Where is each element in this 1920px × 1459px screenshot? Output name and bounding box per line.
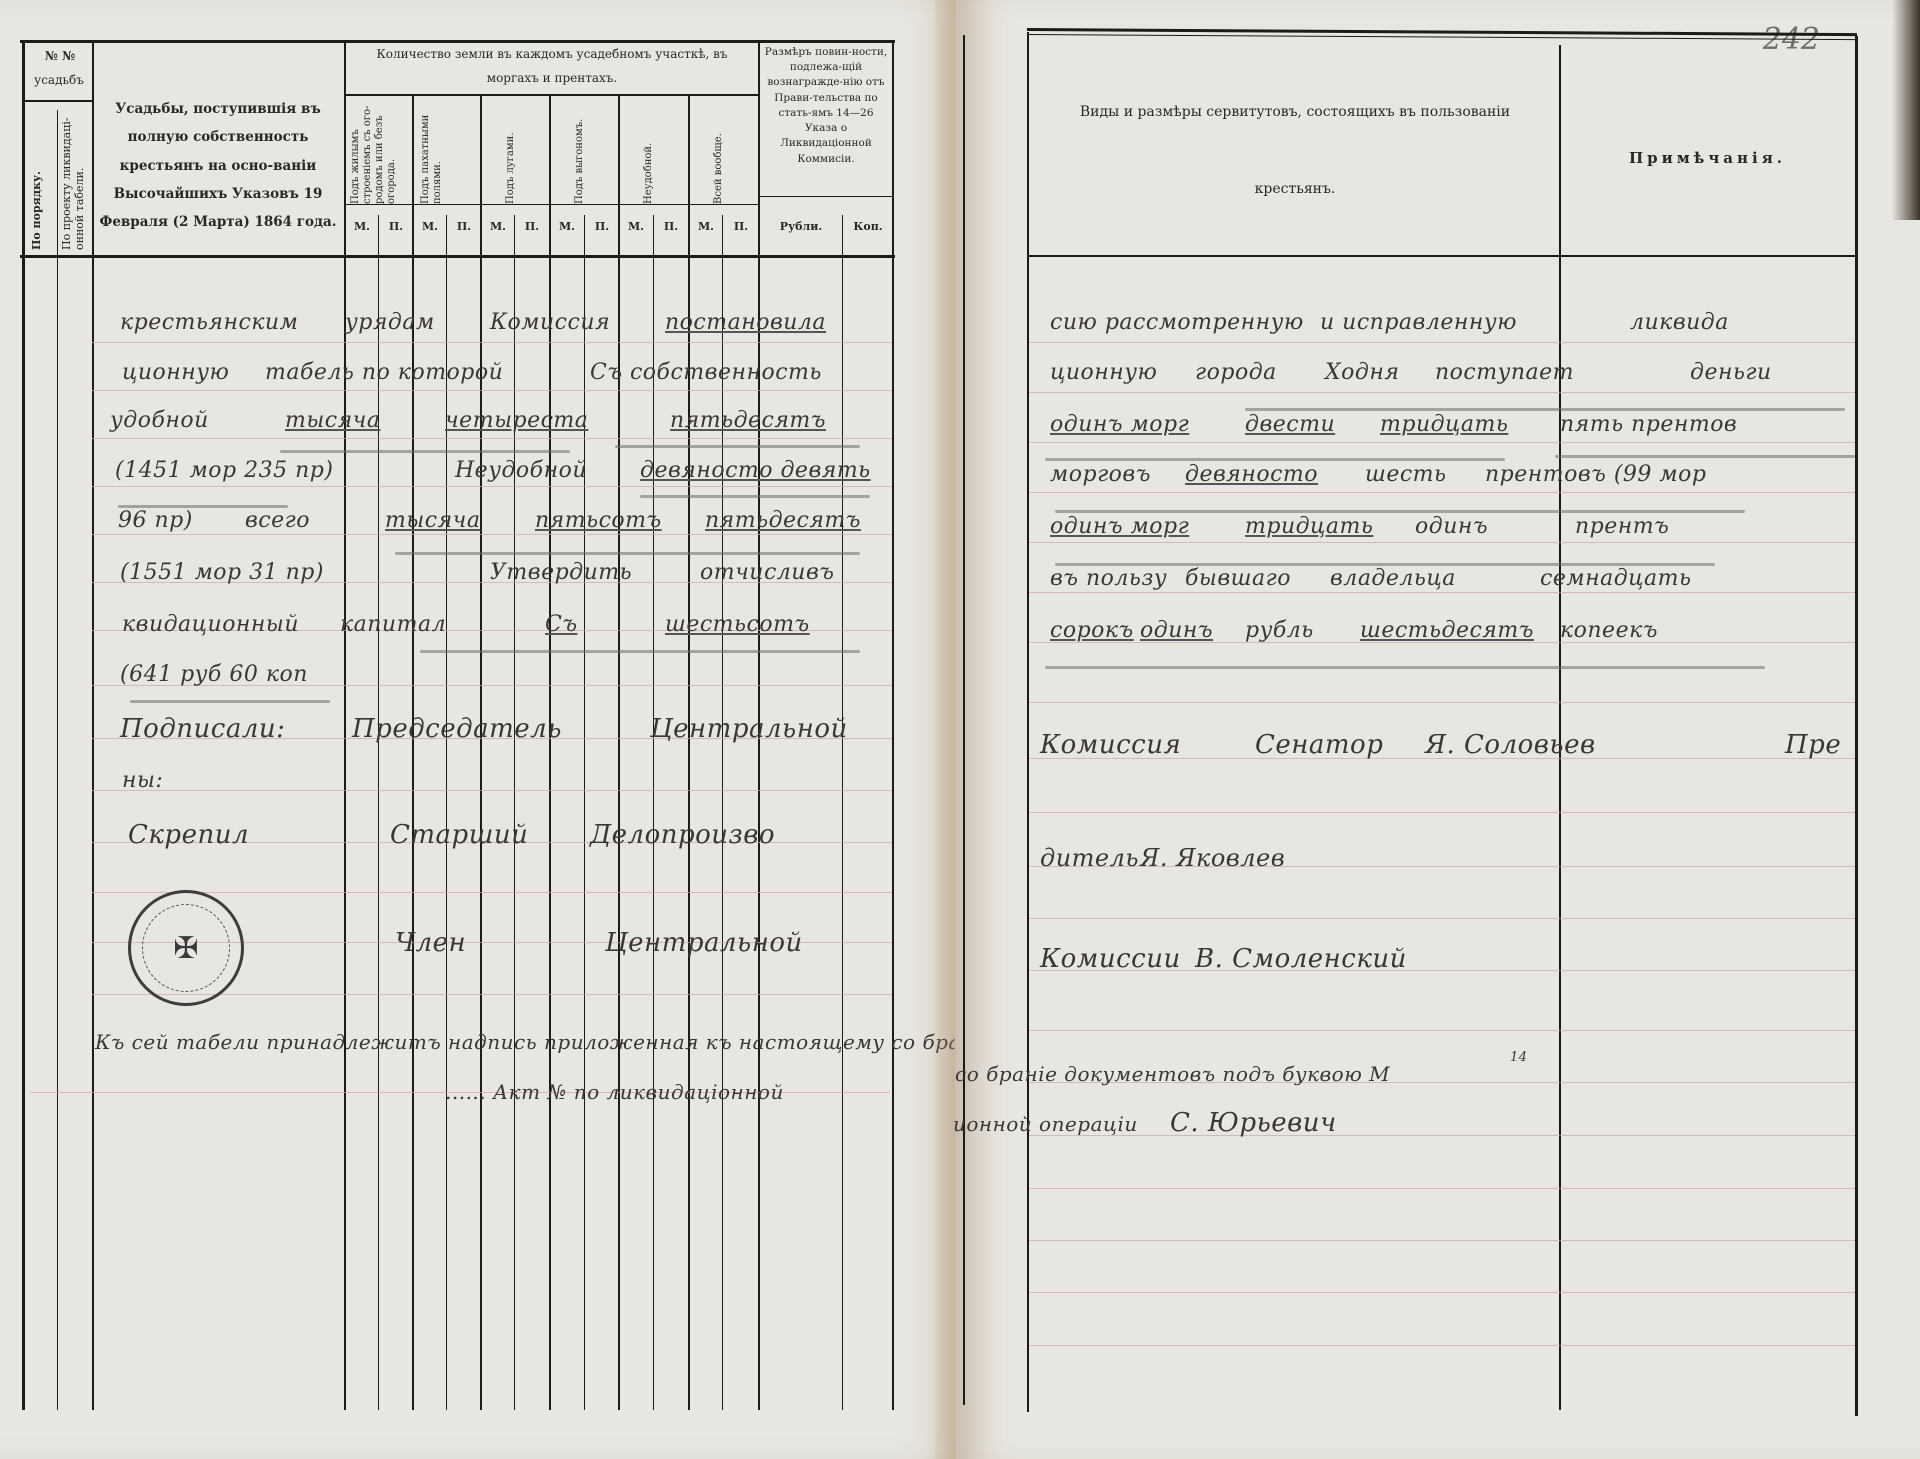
hw-l2-b: табель по которой bbox=[265, 360, 503, 385]
hw-r7-a: сорокъ bbox=[1050, 618, 1134, 643]
pencil-underline bbox=[395, 552, 860, 555]
ruling-line bbox=[1029, 1240, 1855, 1241]
hw-r10-a: Комиссии bbox=[1040, 944, 1181, 974]
hw-r3-b: двести bbox=[1245, 412, 1335, 437]
col-line bbox=[446, 215, 447, 1410]
col-line bbox=[92, 40, 94, 1410]
hw-l3-a: удобной bbox=[110, 408, 209, 433]
hw-l9-b: Председатель bbox=[352, 714, 562, 744]
header-po-proektu: По проекту ликвидаці-онной табели. bbox=[60, 108, 90, 250]
pencil-underline bbox=[1045, 458, 1505, 461]
header-bottom-border bbox=[20, 255, 895, 258]
unit-p: П. bbox=[655, 220, 687, 233]
pencil-underline bbox=[1555, 455, 1855, 458]
col-line bbox=[549, 95, 551, 1410]
hw-l4-b: Неудобной bbox=[455, 458, 587, 483]
unit-m: М. bbox=[690, 220, 722, 233]
pencil-underline bbox=[130, 700, 330, 703]
hw-l12-b: Центральной bbox=[605, 928, 803, 958]
hw-l7-c: Съ bbox=[545, 612, 578, 637]
hw-r2-c: Ходня bbox=[1325, 360, 1399, 385]
footer-signature: С. Юрьевич bbox=[1170, 1108, 1337, 1138]
hw-l3-c: четыреста bbox=[445, 408, 588, 433]
unit-m: М. bbox=[346, 220, 378, 233]
header-servituty-2: крестьянъ. bbox=[1035, 180, 1555, 199]
hw-l6-b: Утвердить bbox=[490, 560, 632, 585]
hw-r6-b: бывшаго bbox=[1185, 566, 1291, 591]
hw-l5-e: пятьдесятъ bbox=[705, 508, 861, 533]
official-seal-stamp: ✠ bbox=[128, 890, 244, 1006]
ruling-line bbox=[92, 390, 892, 391]
header-nn: № № bbox=[30, 48, 90, 64]
unit-m: М. bbox=[482, 220, 514, 233]
left-page: № № усадьбъ По порядку. По проекту ликви… bbox=[0, 0, 955, 1459]
header-land-col-3: Подъ лугами. bbox=[505, 110, 525, 204]
hw-l4-a: (1451 мор 235 пр) bbox=[115, 458, 333, 483]
hw-l4-c: девяносто девять bbox=[640, 458, 871, 483]
pencil-underline bbox=[280, 450, 570, 453]
hw-r8-a: Комиссия bbox=[1040, 730, 1181, 760]
header-razmer: Размѣръ повин-ности, подлежа-щій вознагр… bbox=[762, 45, 890, 167]
hw-l2-c: Съ собственность bbox=[590, 360, 822, 385]
hw-r7-c: рубль bbox=[1245, 618, 1314, 643]
header-land-col-6: Всей вообще. bbox=[713, 110, 733, 204]
col-line bbox=[514, 215, 515, 1410]
unit-p: П. bbox=[516, 220, 548, 233]
unit-p: П. bbox=[448, 220, 480, 233]
header-land-col-1: Подъ жилымъ строеніемъ съ ого-родомъ или… bbox=[350, 100, 408, 204]
ruling-line bbox=[1029, 592, 1855, 593]
hw-r2-d: поступает bbox=[1435, 360, 1574, 385]
ruling-line bbox=[1029, 812, 1855, 813]
hw-r7-e: копеекъ bbox=[1560, 618, 1658, 643]
hw-r6-c: владельца bbox=[1330, 566, 1456, 591]
pencil-underline bbox=[1245, 408, 1845, 411]
hw-l11-b: Старший bbox=[390, 820, 528, 850]
hw-r3-a: одинъ морг bbox=[1050, 412, 1189, 437]
hw-r4-a: морговъ bbox=[1050, 462, 1151, 487]
unit-kop: Коп. bbox=[843, 220, 893, 233]
footer-annotation-line2-right: ионной операціи bbox=[953, 1112, 1138, 1136]
hw-l1-a: крестьянским bbox=[120, 310, 298, 335]
hw-r10-b: В. Смоленский bbox=[1195, 944, 1407, 974]
unit-p: П. bbox=[380, 220, 412, 233]
ruling-line bbox=[1029, 392, 1855, 393]
ruling-line bbox=[1029, 1135, 1855, 1136]
ruling-line bbox=[1029, 918, 1855, 919]
hw-r1-a: сию рассмотренную bbox=[1050, 310, 1304, 335]
hw-l9-a: Подписали: bbox=[120, 714, 285, 744]
footer-annotation-line1-right: со браніе документовъ подъ буквою М bbox=[955, 1062, 1390, 1086]
header-primechaniya: Примѣчанія. bbox=[1565, 148, 1850, 168]
unit-m: М. bbox=[414, 220, 446, 233]
pencil-underline bbox=[640, 495, 870, 498]
hw-r9-b: Я. Яковлев bbox=[1140, 844, 1285, 872]
table-left-border bbox=[1027, 32, 1029, 1412]
col-line bbox=[378, 215, 379, 1410]
header-po-poryadku: По порядку. bbox=[30, 110, 52, 250]
seal-inner: ✠ bbox=[142, 904, 230, 992]
hw-l7-a: квидационный bbox=[122, 612, 299, 637]
col-line bbox=[618, 95, 620, 1410]
header-usadeb: усадьбъ bbox=[26, 72, 92, 88]
hw-r4-c: шесть bbox=[1365, 462, 1447, 487]
hw-r2-e: деньги bbox=[1690, 360, 1772, 385]
hw-r9-a: дитель bbox=[1040, 844, 1139, 872]
hw-r3-d: пять прентов bbox=[1560, 412, 1737, 437]
col-line bbox=[688, 95, 690, 1410]
hw-l1-d: постановила bbox=[665, 310, 826, 335]
unit-rub: Рубли. bbox=[760, 220, 842, 233]
page-edge-shadow bbox=[1892, 0, 1920, 220]
hw-r6-d: семнадцать bbox=[1540, 566, 1691, 591]
table-left-border bbox=[22, 40, 25, 1410]
hw-l5-d: пятьсотъ bbox=[535, 508, 662, 533]
header-rule bbox=[344, 94, 759, 96]
col-line bbox=[892, 40, 894, 1410]
hw-l9-c: Центральной bbox=[650, 714, 848, 744]
col-line bbox=[412, 95, 414, 1410]
ruling-line bbox=[92, 892, 892, 893]
table-right-border bbox=[1855, 36, 1858, 1416]
hw-l11-c: Делопроизво bbox=[590, 820, 775, 850]
hw-l3-b: тысяча bbox=[285, 408, 380, 433]
book-spread: № № усадьбъ По порядку. По проекту ликви… bbox=[0, 0, 1920, 1459]
hw-r8-c: Я. Соловьев bbox=[1425, 730, 1596, 760]
hw-l5-a: 96 пр) bbox=[118, 508, 193, 533]
hw-l12-a: Член bbox=[395, 928, 466, 958]
ruling-line bbox=[92, 534, 892, 535]
col-line bbox=[480, 95, 482, 1410]
hw-l11-a: Скрепил bbox=[128, 820, 249, 850]
ruling-line bbox=[1029, 702, 1855, 703]
hw-l3-d: пятьдесятъ bbox=[670, 408, 826, 433]
hw-r2-a: ционную bbox=[1050, 360, 1157, 385]
header-kolichestvo: Количество земли въ каждомъ усадебномъ у… bbox=[350, 42, 754, 90]
col-line bbox=[584, 215, 585, 1410]
hw-l2-a: ционную bbox=[122, 360, 229, 385]
hw-l5-c: тысяча bbox=[385, 508, 480, 533]
pencil-underline bbox=[615, 445, 860, 448]
header-usadby: Усадьбы, поступившія въ полную собственн… bbox=[98, 95, 338, 237]
double-headed-eagle-icon: ✠ bbox=[173, 932, 198, 965]
hw-l1-c: Комиссия bbox=[490, 310, 610, 335]
col-line bbox=[344, 40, 346, 1410]
hw-l7-d: шестьсотъ bbox=[665, 612, 810, 637]
footer-annotation-line1: Къ сей табели принадлежитъ надпись прило… bbox=[95, 1030, 988, 1054]
hw-r1-c: ликвида bbox=[1630, 310, 1729, 335]
ruling-line bbox=[92, 438, 892, 439]
hw-l10: ны: bbox=[122, 768, 163, 793]
col-line bbox=[57, 110, 58, 1410]
ruling-line bbox=[1029, 342, 1855, 343]
unit-p: П. bbox=[586, 220, 618, 233]
header-land-col-5: Неудобной. bbox=[643, 110, 663, 204]
col-line bbox=[653, 215, 654, 1410]
hw-r8-d: Пре bbox=[1785, 730, 1841, 760]
hw-r5-c: одинъ bbox=[1415, 514, 1488, 539]
header-rule bbox=[758, 196, 893, 197]
hw-l6-a: (1551 мор 31 пр) bbox=[120, 560, 324, 585]
footer-superscript: 14 bbox=[1510, 1050, 1528, 1065]
col-line bbox=[963, 35, 965, 1405]
hw-l5-b: всего bbox=[245, 508, 310, 533]
header-land-col-4: Подъ выгономъ. bbox=[574, 110, 594, 204]
footer-annotation-line2: ...... Акт № по ликвидаціонной bbox=[445, 1080, 784, 1104]
ruling-line bbox=[1029, 1292, 1855, 1293]
hw-r1-b: и исправленную bbox=[1320, 310, 1517, 335]
right-page: 242 Виды и размѣры сервитутовъ, состоящи… bbox=[955, 0, 1920, 1459]
pencil-underline bbox=[420, 650, 860, 653]
hw-r7-d: шестьдесятъ bbox=[1360, 618, 1534, 643]
col-line bbox=[722, 215, 723, 1410]
hw-l7-b: капитал bbox=[340, 612, 446, 637]
hw-r6-a: въ пользу bbox=[1050, 566, 1167, 591]
ruling-line bbox=[1029, 492, 1855, 493]
pencil-underline bbox=[1045, 666, 1765, 669]
header-land-col-2: Подъ пахатными полями. bbox=[420, 100, 475, 204]
unit-m: М. bbox=[620, 220, 652, 233]
hw-r5-b: тридцать bbox=[1245, 514, 1373, 539]
header-rule bbox=[344, 204, 759, 205]
hw-r2-b: города bbox=[1195, 360, 1277, 385]
hw-r5-d: прентъ bbox=[1575, 514, 1669, 539]
hw-l8: (641 руб 60 коп bbox=[120, 662, 308, 687]
hw-r3-c: тридцать bbox=[1380, 412, 1508, 437]
unit-m: М. bbox=[551, 220, 583, 233]
col-divider bbox=[1559, 45, 1561, 1410]
ruling-line bbox=[1029, 542, 1855, 543]
ruling-line bbox=[92, 486, 892, 487]
header-servituty: Виды и размѣры сервитутовъ, состоящихъ в… bbox=[1035, 103, 1555, 122]
col-line bbox=[842, 215, 843, 1410]
ruling-line bbox=[1029, 442, 1855, 443]
ruling-line bbox=[92, 790, 892, 791]
hw-l6-c: отчисливъ bbox=[700, 560, 834, 585]
hw-r4-b: девяносто bbox=[1185, 462, 1318, 487]
ruling-line bbox=[1029, 1030, 1855, 1031]
unit-p: П. bbox=[724, 220, 758, 233]
hw-r8-b: Сенатор bbox=[1255, 730, 1383, 760]
pencil-underline bbox=[1055, 510, 1745, 513]
header-bottom-border bbox=[1027, 255, 1857, 257]
ruling-line bbox=[1029, 1188, 1855, 1189]
hw-r4-d: прентовъ (99 мор bbox=[1485, 462, 1706, 487]
hw-l1-b: урядам bbox=[345, 310, 435, 335]
hw-r7-b: одинъ bbox=[1140, 618, 1213, 643]
ruling-line bbox=[1029, 1345, 1855, 1346]
ruling-line bbox=[92, 342, 892, 343]
header-rule bbox=[22, 100, 94, 102]
hw-r5-a: одинъ морг bbox=[1050, 514, 1189, 539]
